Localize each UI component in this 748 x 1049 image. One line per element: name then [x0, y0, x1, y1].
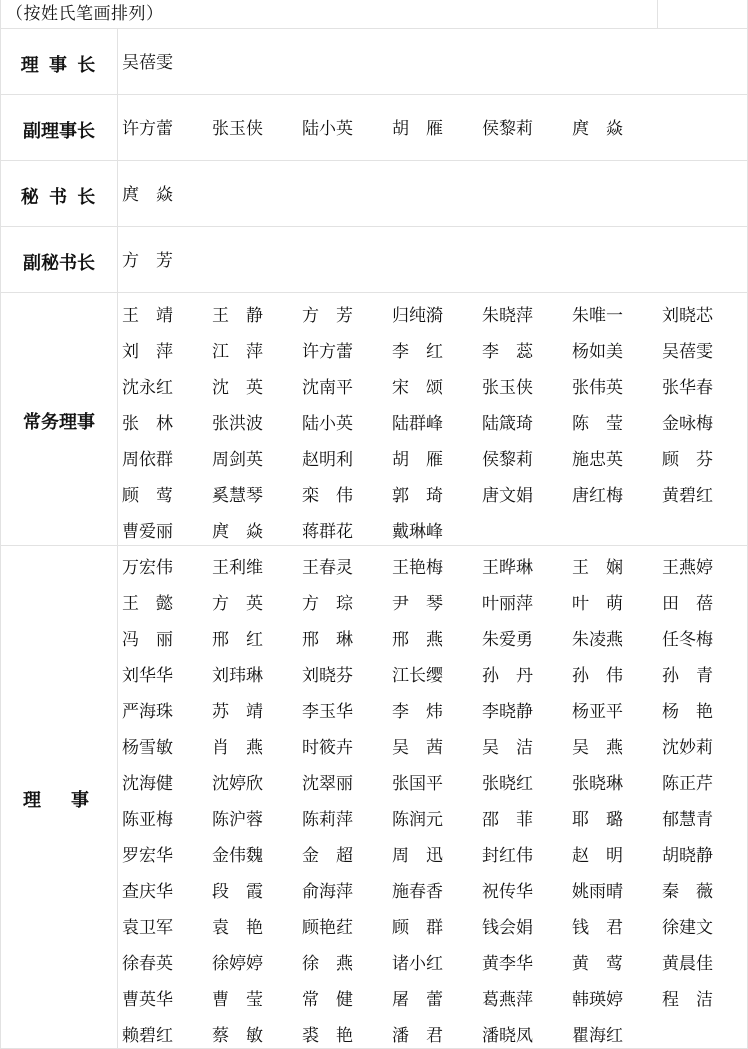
- member-name: 曹 莹: [212, 989, 263, 1011]
- member-name: 秦 薇: [662, 881, 713, 903]
- member-name: 顾 莺: [122, 485, 173, 507]
- member-name: 刘晓芬: [302, 665, 353, 687]
- member-name: 杨雪敏: [122, 737, 173, 759]
- member-name: 刘晓芯: [662, 305, 713, 327]
- member-name: 张国平: [392, 773, 443, 795]
- member-name: 蔡 敏: [212, 1025, 263, 1047]
- member-name: 陈亚梅: [122, 809, 173, 831]
- member-name: 徐 燕: [302, 953, 353, 975]
- member-name: 黄晨佳: [662, 953, 713, 975]
- member-name: 吴蓓雯: [122, 52, 173, 74]
- member-name: 冯 丽: [122, 629, 173, 651]
- label-chairman: 理 事 长: [0, 51, 118, 77]
- member-name: 陆小英: [302, 413, 353, 435]
- member-name: 赵明利: [302, 449, 353, 471]
- member-name: 黄碧红: [662, 485, 713, 507]
- member-name: 吴 洁: [482, 737, 533, 759]
- member-name: 胡晓静: [662, 845, 713, 867]
- member-name: 万宏伟: [122, 557, 173, 579]
- member-name: 张玉侠: [482, 377, 533, 399]
- member-name: 孙 伟: [572, 665, 623, 687]
- grid-line: [0, 292, 748, 293]
- member-name: 瞿海红: [572, 1025, 623, 1047]
- member-name: 陈正芹: [662, 773, 713, 795]
- member-name: 刘 萍: [122, 341, 173, 363]
- member-name: 王 靖: [122, 305, 173, 327]
- member-name: 张伟英: [572, 377, 623, 399]
- label-vice-chairman: 副理事长: [0, 117, 118, 143]
- label-directors: 理 事: [0, 786, 118, 812]
- member-name: 查庆华: [122, 881, 173, 903]
- member-name: 宋 颂: [392, 377, 443, 399]
- roster-sheet: （按姓氏笔画排列） 理 事 长 副理事长 秘 书 长 副秘书长 常务理事 理 事…: [0, 0, 748, 1049]
- member-name: 庹 焱: [122, 184, 173, 206]
- member-name: 陆箴琦: [482, 413, 533, 435]
- member-name: 王 娴: [572, 557, 623, 579]
- member-name: 吴 燕: [572, 737, 623, 759]
- member-name: 归纯漪: [392, 305, 443, 327]
- member-name: 王晔琳: [482, 557, 533, 579]
- grid-line: [0, 545, 748, 546]
- member-name: 沈妙莉: [662, 737, 713, 759]
- member-name: 徐建文: [662, 917, 713, 939]
- member-name: 屠 蕾: [392, 989, 443, 1011]
- member-name: 朱爱勇: [482, 629, 533, 651]
- member-name: 沈 英: [212, 377, 263, 399]
- member-name: 王燕婷: [662, 557, 713, 579]
- label-secretary-general: 秘 书 长: [0, 183, 118, 209]
- member-name: 沈南平: [302, 377, 353, 399]
- member-name: 陈 莹: [572, 413, 623, 435]
- member-name: 金 超: [302, 845, 353, 867]
- member-name: 施忠英: [572, 449, 623, 471]
- member-name: 邢 红: [212, 629, 263, 651]
- member-name: 周 迅: [392, 845, 443, 867]
- member-name: 庹 焱: [572, 118, 623, 140]
- member-name: 袁 艳: [212, 917, 263, 939]
- member-name: 任冬梅: [662, 629, 713, 651]
- member-name: 朱晓萍: [482, 305, 533, 327]
- member-name: 钱会娟: [482, 917, 533, 939]
- member-name: 郁慧青: [662, 809, 713, 831]
- member-name: 李 红: [392, 341, 443, 363]
- member-name: 方 琮: [302, 593, 353, 615]
- member-name: 方 芳: [302, 305, 353, 327]
- member-name: 李 炜: [392, 701, 443, 723]
- member-name: 胡 雁: [392, 449, 443, 471]
- member-name: 封红伟: [482, 845, 533, 867]
- member-name: 陈润元: [392, 809, 443, 831]
- member-name: 唐红梅: [572, 485, 623, 507]
- member-name: 葛燕萍: [482, 989, 533, 1011]
- member-name: 胡 雁: [392, 118, 443, 140]
- member-name: 尹 琴: [392, 593, 443, 615]
- member-name: 戴琳峰: [392, 521, 443, 543]
- member-name: 徐婷婷: [212, 953, 263, 975]
- member-name: 陈莉萍: [302, 809, 353, 831]
- member-name: 钱 君: [572, 917, 623, 939]
- member-name: 祝传华: [482, 881, 533, 903]
- member-name: 许方蕾: [122, 118, 173, 140]
- member-name: 张玉侠: [212, 118, 263, 140]
- member-name: 潘晓凤: [482, 1025, 533, 1047]
- member-name: 顾艳荭: [302, 917, 353, 939]
- member-name: 王 懿: [122, 593, 173, 615]
- member-name: 黄李华: [482, 953, 533, 975]
- member-name: 张华春: [662, 377, 713, 399]
- member-name: 李 蕊: [482, 341, 533, 363]
- member-name: 张洪波: [212, 413, 263, 435]
- member-name: 裘 艳: [302, 1025, 353, 1047]
- member-name: 陆群峰: [392, 413, 443, 435]
- member-name: 刘华华: [122, 665, 173, 687]
- member-name: 蒋群花: [302, 521, 353, 543]
- member-name: 朱唯一: [572, 305, 623, 327]
- member-name: 潘 君: [392, 1025, 443, 1047]
- member-name: 叶丽萍: [482, 593, 533, 615]
- member-name: 严海珠: [122, 701, 173, 723]
- member-name: 顾 芬: [662, 449, 713, 471]
- member-name: 沈婷欣: [212, 773, 263, 795]
- member-name: 孙 青: [662, 665, 713, 687]
- member-name: 沈永红: [122, 377, 173, 399]
- member-name: 张晓红: [482, 773, 533, 795]
- grid-line: [0, 94, 748, 95]
- member-name: 袁卫军: [122, 917, 173, 939]
- member-name: 顾 群: [392, 917, 443, 939]
- member-name: 邵 菲: [482, 809, 533, 831]
- member-name: 江长缨: [392, 665, 443, 687]
- member-name: 杨 艳: [662, 701, 713, 723]
- member-name: 李玉华: [302, 701, 353, 723]
- member-name: 郭 琦: [392, 485, 443, 507]
- member-name: 韩瑛婷: [572, 989, 623, 1011]
- member-name: 程 洁: [662, 989, 713, 1011]
- member-name: 苏 靖: [212, 701, 263, 723]
- member-name: 周依群: [122, 449, 173, 471]
- member-name: 时筱卉: [302, 737, 353, 759]
- member-name: 王 静: [212, 305, 263, 327]
- member-name: 肖 燕: [212, 737, 263, 759]
- member-name: 诸小红: [392, 953, 443, 975]
- grid-line: [0, 0, 1, 1049]
- member-name: 俞海萍: [302, 881, 353, 903]
- member-name: 陆小英: [302, 118, 353, 140]
- member-name: 叶 萌: [572, 593, 623, 615]
- member-name: 朱凌燕: [572, 629, 623, 651]
- member-name: 刘玮琳: [212, 665, 263, 687]
- grid-line: [0, 160, 748, 161]
- member-name: 邢 琳: [302, 629, 353, 651]
- grid-line: [0, 226, 748, 227]
- sort-caption: （按姓氏笔画排列）: [6, 3, 164, 25]
- member-name: 吴蓓雯: [662, 341, 713, 363]
- member-name: 邢 燕: [392, 629, 443, 651]
- member-name: 田 蓓: [662, 593, 713, 615]
- member-name: 奚慧琴: [212, 485, 263, 507]
- member-name: 金咏梅: [662, 413, 713, 435]
- member-name: 杨如美: [572, 341, 623, 363]
- member-name: 王利维: [212, 557, 263, 579]
- member-name: 段 霞: [212, 881, 263, 903]
- member-name: 王春灵: [302, 557, 353, 579]
- member-name: 张 林: [122, 413, 173, 435]
- member-name: 施春香: [392, 881, 443, 903]
- member-name: 罗宏华: [122, 845, 173, 867]
- member-name: 常 健: [302, 989, 353, 1011]
- member-name: 赖碧红: [122, 1025, 173, 1047]
- member-name: 杨亚平: [572, 701, 623, 723]
- member-name: 方 英: [212, 593, 263, 615]
- label-deputy-secretary-general: 副秘书长: [0, 249, 118, 275]
- member-name: 曹英华: [122, 989, 173, 1011]
- member-name: 耶 璐: [572, 809, 623, 831]
- member-name: 江 萍: [212, 341, 263, 363]
- member-name: 栾 伟: [302, 485, 353, 507]
- member-name: 陈沪蓉: [212, 809, 263, 831]
- grid-line: [117, 28, 118, 1049]
- member-name: 唐文娟: [482, 485, 533, 507]
- member-name: 赵 明: [572, 845, 623, 867]
- member-name: 黄 莺: [572, 953, 623, 975]
- member-name: 金伟魏: [212, 845, 263, 867]
- member-name: 方 芳: [122, 250, 173, 272]
- member-name: 吴 茜: [392, 737, 443, 759]
- member-name: 沈海健: [122, 773, 173, 795]
- member-name: 徐春英: [122, 953, 173, 975]
- member-name: 王艳梅: [392, 557, 443, 579]
- member-name: 周剑英: [212, 449, 263, 471]
- grid-line: [657, 0, 658, 28]
- member-name: 孙 丹: [482, 665, 533, 687]
- member-name: 曹爱丽: [122, 521, 173, 543]
- member-name: 许方蕾: [302, 341, 353, 363]
- member-name: 沈翠丽: [302, 773, 353, 795]
- grid-line: [0, 28, 748, 29]
- member-name: 侯黎莉: [482, 449, 533, 471]
- label-standing-directors: 常务理事: [0, 408, 118, 434]
- member-name: 姚雨晴: [572, 881, 623, 903]
- member-name: 侯黎莉: [482, 118, 533, 140]
- member-name: 张晓琳: [572, 773, 623, 795]
- member-name: 李晓静: [482, 701, 533, 723]
- member-name: 庹 焱: [212, 521, 263, 543]
